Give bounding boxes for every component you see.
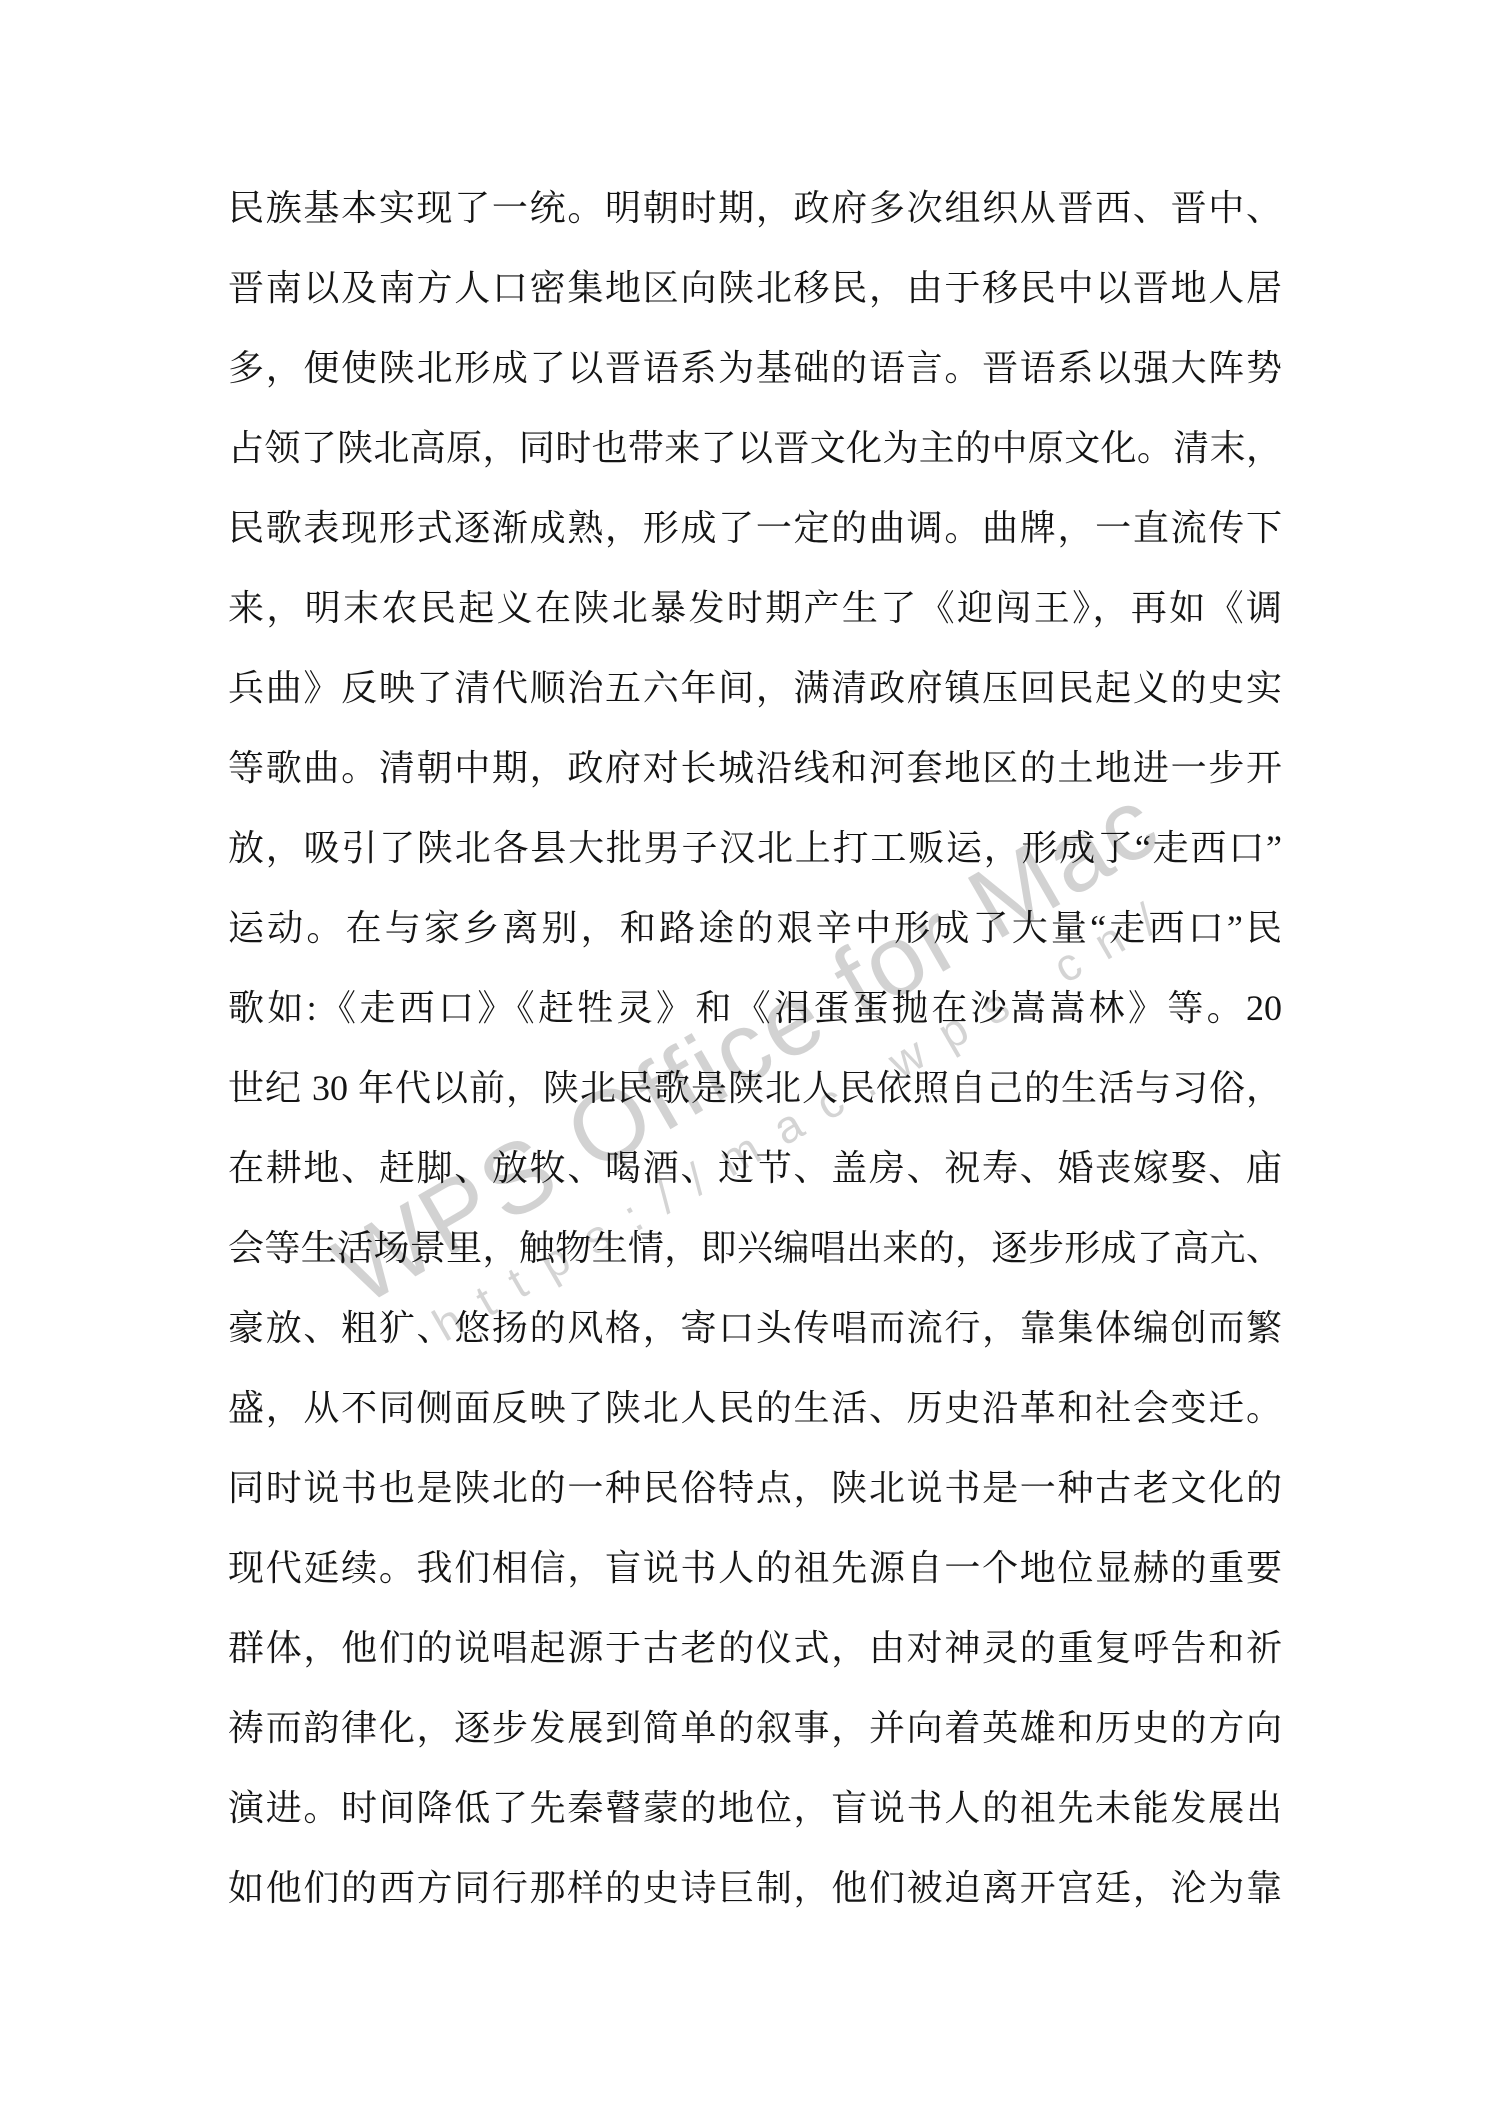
text-line: 同时说书也是陕北的一种民俗特点，陕北说书是一种古老文化的	[228, 1448, 1282, 1528]
text-line: 群体，他们的说唱起源于古老的仪式，由对神灵的重复呼告和祈	[228, 1608, 1282, 1688]
text-line: 民歌表现形式逐渐成熟，形成了一定的曲调。曲牌，一直流传下	[228, 488, 1282, 568]
text-line: 来，明末农民起义在陕北暴发时期产生了《迎闯王》，再如《调	[228, 568, 1282, 648]
text-line: 如他们的西方同行那样的史诗巨制，他们被迫离开宫廷，沦为靠	[228, 1848, 1282, 1928]
text-line: 晋南以及南方人口密集地区向陕北移民，由于移民中以晋地人居	[228, 248, 1282, 328]
text-line: 放，吸引了陕北各县大批男子汉北上打工贩运，形成了“走西口”	[228, 808, 1282, 888]
text-line: 世纪 30 年代以前，陕北民歌是陕北人民依照自己的生活与习俗，	[228, 1048, 1282, 1128]
text-line: 运动。在与家乡离别，和路途的艰辛中形成了大量“走西口”民	[228, 888, 1282, 968]
document-page: WPS Office for Mac https://mac.wps.cn/ 民…	[0, 0, 1500, 2122]
text-line: 在耕地、赶脚、放牧、喝酒、过节、盖房、祝寿、婚丧嫁娶、庙	[228, 1128, 1282, 1208]
text-line: 现代延续。我们相信，盲说书人的祖先源自一个地位显赫的重要	[228, 1528, 1282, 1608]
text-line: 民族基本实现了一统。明朝时期，政府多次组织从晋西、晋中、	[228, 168, 1282, 248]
text-line: 会等生活场景里，触物生情，即兴编唱出来的，逐步形成了高亢、	[228, 1208, 1282, 1288]
text-line: 兵曲》反映了清代顺治五六年间，满清政府镇压回民起义的史实	[228, 648, 1282, 728]
paragraph-text-block: 民族基本实现了一统。明朝时期，政府多次组织从晋西、晋中、 晋南以及南方人口密集地…	[228, 168, 1282, 1928]
text-line: 占领了陕北高原，同时也带来了以晋文化为主的中原文化。清末，	[228, 408, 1282, 488]
text-line: 演进。时间降低了先秦瞽蒙的地位，盲说书人的祖先未能发展出	[228, 1768, 1282, 1848]
text-line: 豪放、粗犷、悠扬的风格，寄口头传唱而流行，靠集体编创而繁	[228, 1288, 1282, 1368]
text-line: 祷而韵律化，逐步发展到简单的叙事，并向着英雄和历史的方向	[228, 1688, 1282, 1768]
text-line: 盛，从不同侧面反映了陕北人民的生活、历史沿革和社会变迁。	[228, 1368, 1282, 1448]
text-line: 等歌曲。清朝中期，政府对长城沿线和河套地区的土地进一步开	[228, 728, 1282, 808]
text-line: 歌如:《走西口》《赶牲灵》和《泪蛋蛋抛在沙嵩嵩林》等。20	[228, 968, 1282, 1048]
text-line: 多，便使陕北形成了以晋语系为基础的语言。晋语系以强大阵势	[228, 328, 1282, 408]
